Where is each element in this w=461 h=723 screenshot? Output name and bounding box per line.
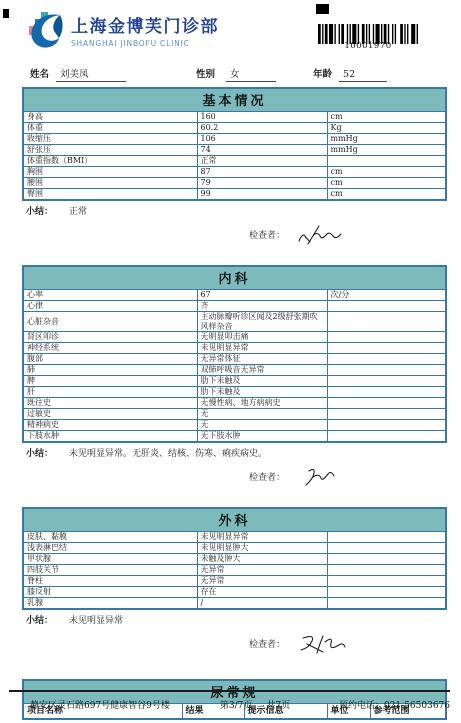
summary-label: 小结： [26,207,53,217]
table-row: 肝肋下未触及 [23,387,446,398]
summary-value: 未见明显异常 [69,616,123,626]
item-value: 无异常 [197,576,327,587]
item-unit: mmHg [327,145,446,156]
examiner-label: 检查者： [249,228,285,241]
table-row: 乳腺/ [23,598,446,610]
item-label: 皮肤、黏膜 [23,532,197,543]
item-label: 肺 [23,365,197,376]
gender-label: 性别 [196,69,215,80]
examiner-row: 检查者： [0,637,349,664]
item-unit [327,343,446,354]
item-unit [327,365,446,376]
table-row: 腰围79cm [23,178,446,189]
item-value: 无异常 [197,565,327,576]
clinic-logo-icon [28,12,68,54]
barcode-number: 10001970 [318,41,418,51]
section-title-row: 内科 [23,266,446,290]
item-label: 既往史 [23,398,197,409]
item-unit [327,532,446,543]
header: 上海金博芙门诊部 SHANGHAI JINBOFU CLINIC [28,12,219,54]
item-unit [327,332,446,343]
table-row: 身高160cm [23,112,446,123]
examiner-signature [293,465,349,491]
section-surgery: 外科皮肤、黏膜未见明显异常浅表淋巴结未见明显肿大甲状腺未触及肿大四肢关节无异常脊… [0,507,461,664]
medical-report-page: 上海金博芙门诊部 SHANGHAI JINBOFU CLINIC 1000197… [0,0,461,723]
section-title: 外科 [23,508,446,532]
table-row: 浅表淋巴结未见明显肿大 [23,543,446,554]
item-unit [327,376,446,387]
item-label: 神经系统 [23,343,197,354]
item-value: 无明显叩击痛 [197,332,327,343]
age-label: 年龄 [313,69,332,80]
item-value: 99 [197,189,327,201]
examiner-signature [293,223,349,249]
section-summary: 小结：未见明显异常 [26,613,461,626]
item-unit [327,387,446,398]
summary-label: 小结： [26,616,53,626]
phone-field: 预约电话：021-56503676 [339,698,450,711]
item-label: 体重 [23,123,197,134]
item-value: 87 [197,167,327,178]
summary-label: 小结： [26,449,53,459]
item-unit [327,420,446,431]
exam-table-basic: 基本情况身高160cm体重60.2Kg收缩压106mmHg舒张压74mmHg体重… [22,87,447,201]
section-summary: 小结：正常 [26,204,461,217]
section-title-row: 外科 [23,508,446,532]
item-value: 未见明显异常 [197,532,327,543]
summary-value: 正常 [69,207,87,217]
item-value: 肋下未触及 [197,387,327,398]
section-title: 内科 [23,266,446,290]
table-row: 体重60.2Kg [23,123,446,134]
table-row: 胸围87cm [23,167,446,178]
clinic-address: 静安区灵石路697号健康智谷9号楼 [30,698,170,711]
item-unit [327,554,446,565]
item-value: 无 [197,420,327,431]
item-value: 106 [197,134,327,145]
exam-sections: 基本情况身高160cm体重60.2Kg收缩压106mmHg舒张压74mmHg体重… [0,87,461,664]
item-label: 舒张压 [23,145,197,156]
item-label: 心率 [23,290,197,301]
item-value: 无下肢水肿 [197,431,327,443]
scan-artifact-mark [3,9,9,18]
item-value: 存在 [197,587,327,598]
item-value: 79 [197,178,327,189]
item-unit [327,312,446,332]
exam-table-surgery: 外科皮肤、黏膜未见明显异常浅表淋巴结未见明显肿大甲状腺未触及肿大四肢关节无异常脊… [22,507,447,610]
item-value: 无 [197,409,327,420]
examiner-label: 检查者： [249,470,285,483]
item-value: 160 [197,112,327,123]
item-label: 肾区叩诊 [23,332,197,343]
table-row: 脾肋下未触及 [23,376,446,387]
section-basic: 基本情况身高160cm体重60.2Kg收缩压106mmHg舒张压74mmHg体重… [0,87,461,255]
item-value: 67 [197,290,327,301]
item-value: 齐 [197,301,327,312]
item-label: 甲状腺 [23,554,197,565]
item-value: 无慢性病、地方病病史 [197,398,327,409]
item-label: 腹部 [23,354,197,365]
table-row: 心律齐 [23,301,446,312]
item-unit [327,587,446,598]
item-label: 浅表淋巴结 [23,543,197,554]
item-value: 肋下未触及 [197,376,327,387]
item-label: 胸围 [23,167,197,178]
item-unit [327,576,446,587]
item-value: 主动脉瓣听诊区闻及2级舒张期吹风样杂音 [197,312,327,332]
item-unit: cm [327,167,446,178]
item-unit [327,398,446,409]
table-row: 肺双肺呼吸音无异常 [23,365,446,376]
item-label: 乳腺 [23,598,197,610]
item-unit [327,431,446,443]
item-value: 74 [197,145,327,156]
exam-table-internal-medicine: 内科心率67次/分心律齐心脏杂音主动脉瓣听诊区闻及2级舒张期吹风样杂音肾区叩诊无… [22,265,447,443]
item-value: 无异常体征 [197,354,327,365]
examiner-signature [293,632,349,658]
item-value: 60.2 [197,123,327,134]
section-title-row: 基本情况 [23,88,446,112]
item-unit: cm [327,178,446,189]
patient-name-field: 姓名刘美凤 [30,66,126,82]
item-unit [327,565,446,576]
item-label: 下肢水肿 [23,431,197,443]
examiner-label: 检查者： [249,637,285,650]
table-row: 神经系统未见明显异常 [23,343,446,354]
item-unit [327,301,446,312]
table-row: 心率67次/分 [23,290,446,301]
item-unit [327,409,446,420]
table-row: 心脏杂音主动脉瓣听诊区闻及2级舒张期吹风样杂音 [23,312,446,332]
item-unit: mmHg [327,134,446,145]
footer-divider [9,690,450,692]
item-unit: Kg [327,123,446,134]
item-unit [327,543,446,554]
patient-age-field: 年龄52 [313,66,387,82]
table-row: 脊柱无异常 [23,576,446,587]
table-row: 甲状腺未触及肿大 [23,554,446,565]
table-row: 膝反射存在 [23,587,446,598]
table-row: 肾区叩诊无明显叩击痛 [23,332,446,343]
table-row: 既往史无慢性病、地方病病史 [23,398,446,409]
item-label: 肝 [23,387,197,398]
item-label: 四肢关节 [23,565,197,576]
item-value: 正常 [197,156,327,167]
item-unit: cm [327,189,446,201]
item-unit: cm [327,112,446,123]
table-row: 下肢水肿无下肢水肿 [23,431,446,443]
item-label: 脾 [23,376,197,387]
item-value: 双肺呼吸音无异常 [197,365,327,376]
phone-label: 预约电话： [339,701,384,711]
item-label: 脊柱 [23,576,197,587]
name-label: 姓名 [30,69,49,80]
phone-number: 021-56503676 [384,701,450,711]
table-row: 精神病史无 [23,420,446,431]
table-row: 皮肤、黏膜未见明显异常 [23,532,446,543]
table-row: 过敏史无 [23,409,446,420]
page-indicator: 第3/7页 [220,698,253,711]
section-summary: 小结：未见明显异常。无肝炎、结核、伤寒、痢疾病史。 [26,446,461,459]
item-label: 心脏杂音 [23,312,197,332]
item-label: 身高 [23,112,197,123]
item-label: 膝反射 [23,587,197,598]
item-label: 体重指数（BMI） [23,156,197,167]
table-row: 四肢关节无异常 [23,565,446,576]
examiner-row: 检查者： [0,228,349,255]
item-label: 收缩压 [23,134,197,145]
patient-gender-field: 性别女 [196,66,276,82]
item-label: 精神病史 [23,420,197,431]
section-internal-medicine: 内科心率67次/分心律齐心脏杂音主动脉瓣听诊区闻及2级舒张期吹风样杂音肾区叩诊无… [0,265,461,497]
patient-age-value: 52 [339,69,387,82]
item-value: 未见明显肿大 [197,543,327,554]
patient-name-value: 刘美凤 [56,66,126,82]
summary-value: 未见明显异常。无肝炎、结核、伤寒、痢疾病史。 [69,449,267,459]
item-unit [327,598,446,610]
table-row: 舒张压74mmHg [23,145,446,156]
item-label: 心律 [23,301,197,312]
patient-gender-value: 女 [226,66,276,82]
footer: 静安区灵石路697号健康智谷9号楼 第3/7页 共7页 预约电话：021-565… [30,698,450,711]
patient-info-row: 姓名刘美凤 性别女 年龄52 [30,66,445,82]
total-pages: 共7页 [266,698,290,711]
report-body: 基本情况身高160cm体重60.2Kg收缩压106mmHg舒张压74mmHg体重… [0,87,461,720]
clinic-name-en: SHANGHAI JINBOFU CLINIC [71,39,219,48]
item-unit [327,354,446,365]
item-label: 过敏史 [23,409,197,420]
clinic-name-zh: 上海金博芙门诊部 [71,12,219,37]
examiner-row: 检查者： [0,470,349,497]
item-value: 未触及肿大 [197,554,327,565]
table-row: 腹部无异常体征 [23,354,446,365]
item-value: / [197,598,327,610]
table-row: 臀围99cm [23,189,446,201]
item-unit: 次/分 [327,290,446,301]
item-value: 未见明显异常 [197,343,327,354]
item-unit [327,156,446,167]
item-label: 腰围 [23,178,197,189]
table-row: 体重指数（BMI）正常 [23,156,446,167]
table-row: 收缩压106mmHg [23,134,446,145]
barcode-top-mark [316,4,329,14]
item-label: 臀围 [23,189,197,201]
section-title: 基本情况 [23,88,446,112]
clinic-logo-text: 上海金博芙门诊部 SHANGHAI JINBOFU CLINIC [71,12,219,48]
